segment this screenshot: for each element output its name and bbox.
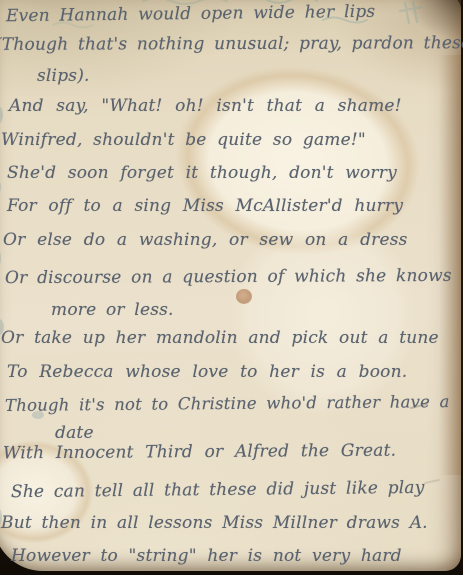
handwritten-line: And say, "What! oh! isn't that a shame! bbox=[9, 96, 402, 116]
handwritten-line: She can tell all that these did just lik… bbox=[11, 478, 425, 503]
handwritten-line: To Rebecca whose love to her is a boon. bbox=[7, 362, 407, 382]
spot-stain bbox=[236, 289, 252, 304]
handwritten-line: (Though that's nothing unusual; pray, pa… bbox=[0, 33, 463, 55]
handwritten-line: Though it's not to Christine who'd rathe… bbox=[5, 392, 450, 416]
handwritten-line: But then in all lessons Miss Millner dra… bbox=[1, 513, 428, 533]
handwritten-line: She'd soon forget it though, don't worry bbox=[7, 163, 397, 183]
handwritten-line: slips). bbox=[37, 66, 90, 86]
handwritten-line: With Innocent Third or Alfred the Great. bbox=[3, 441, 396, 464]
handwritten-line: Or take up her mandolin and pick out a t… bbox=[1, 328, 439, 348]
handwritten-line: more or less. bbox=[51, 300, 174, 320]
handwritten-line: Or else do a washing, or sew on a dress bbox=[3, 230, 408, 250]
water-stain bbox=[132, 25, 463, 297]
handwritten-line: date bbox=[55, 423, 94, 443]
handwritten-line: Winifred, shouldn't be quite so game!" bbox=[1, 130, 366, 150]
photograph-of-album-page: Even Hannah would open wide her lips (Th… bbox=[0, 0, 463, 575]
handwritten-line: However to "string" her is not very hard bbox=[11, 546, 402, 566]
album-page: Even Hannah would open wide her lips (Th… bbox=[0, 0, 461, 571]
handwritten-line: Even Hannah would open wide her lips bbox=[6, 2, 376, 27]
handwritten-line: Or discourse on a question of which she … bbox=[5, 266, 452, 289]
handwritten-line: For off to a sing Miss McAllister'd hurr… bbox=[7, 196, 403, 216]
